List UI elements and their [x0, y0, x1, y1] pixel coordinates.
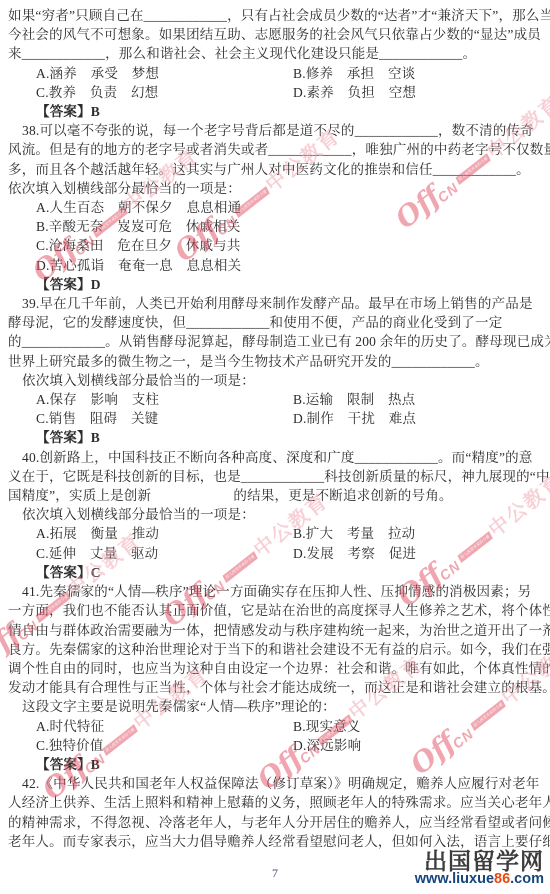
- text-line: 40.创新路上，中国科技正不断向各种高度、深度和广度____________。而…: [8, 448, 545, 467]
- text-line: 41.先秦儒家的“人情—秩序”理论一方面确实存在压抑人性、压抑情感的消极因素；另: [8, 582, 545, 601]
- question-42: 42.《中华人民共和国老年人权益保障法（修订草案）》明确规定，赡养人应履行对老年…: [8, 774, 545, 851]
- text-line: 的精神需求，不得忽视、冷落老年人，与老年人分开居住的赡养人，应当经常看望或者问候: [8, 813, 545, 832]
- option-b: B.运输 限制 热点: [293, 390, 415, 409]
- option-a: A.人生百态 朝不保夕 息息相通: [8, 198, 545, 217]
- text-line: 今社会的风气不可想象。如果团结互助、志愿服务的社会风气只依靠占少数的“显达”成员: [8, 25, 545, 44]
- option-d: D.素养 负担 空想: [293, 83, 416, 102]
- text-line: 义在于，它既是科技创新的目标，也是____________科技创新质量的标尺，神…: [8, 467, 545, 486]
- text-line: 39.早在几千年前，人类已开始利用酵母来制作发酵产品。最早在市场上销售的产品是: [8, 294, 545, 313]
- options-row: C.独特价值 D.深远影响: [8, 736, 545, 755]
- option-a: A.涵养 承受 梦想: [36, 64, 293, 83]
- text-line: 人经济上供养、生活上照料和精神上慰藉的义务，照顾老年人的特殊需求。应当关心老年人: [8, 793, 545, 812]
- text-line: 如果“穷者”只顾自己在____________，只有占社会成员少数的“达者”才“…: [8, 6, 545, 25]
- answer-label: 【答案】D: [8, 275, 545, 294]
- option-a: A.保存 影响 支柱: [36, 390, 293, 409]
- question-prompt: 依次填入划横线部分最恰当的一项是：: [8, 179, 545, 198]
- question-prompt: 依次填入划横线部分最恰当的一项是：: [8, 371, 545, 390]
- answer-label: 【答案】B: [8, 755, 545, 774]
- text-line: 世界上研究最多的微生物之一，是当今生物技术产品研究开发的____________…: [8, 352, 545, 371]
- option-c: C.销售 阻碍 关键: [36, 409, 293, 428]
- site-url-prefix: www.liuxue: [415, 871, 494, 887]
- question-40: 40.创新路上，中国科技正不断向各种高度、深度和广度____________。而…: [8, 448, 545, 582]
- text-line: 酵母泥，它的发酵速度快，但____________和使用不便，产品的商业化受到了…: [8, 313, 545, 332]
- option-d: D.苦心孤诣 奄奄一息 息息相关: [8, 256, 545, 275]
- option-d: D.制作 干扰 难点: [293, 409, 416, 428]
- intro-question: 如果“穷者”只顾自己在____________，只有占社会成员少数的“达者”才“…: [8, 6, 545, 121]
- text-line: 的____________。从销售酵母泥算起，酵母制造工业已有 200 余年的历…: [8, 332, 545, 351]
- text-line: 来____________，那么和谐社会、社会主义现代化建设只能是_______…: [8, 44, 545, 63]
- question-38: 38.可以毫不夸张的说，每一个老字号背后都是道不尽的____________，数…: [8, 121, 545, 294]
- options-row: C.销售 阻碍 关键 D.制作 干扰 难点: [8, 409, 545, 428]
- question-prompt: 依次填入划横线部分最恰当的一项是：: [8, 505, 545, 524]
- site-footer: 出国留学网 www.liuxue86.com: [415, 849, 544, 886]
- option-c: C.独特价值: [36, 736, 293, 755]
- site-url: www.liuxue86.com: [415, 873, 544, 886]
- site-url-suffix: .com: [510, 871, 544, 887]
- option-b: B.扩大 考量 拉动: [293, 524, 415, 543]
- option-a: A.时代特征: [36, 717, 293, 736]
- option-d: D.发展 考察 促进: [293, 544, 416, 563]
- text-line: 多，而且各个越活越年轻。这其实与广州人对中医药文化的推崇和信任_________…: [8, 160, 545, 179]
- text-line: 一方面，我们也不能否认其正面价值，它是站在治世的高度探寻人生修养之艺术，将个体性: [8, 601, 545, 620]
- option-b: B.辛酸无奈 岌岌可危 休戚相关: [8, 217, 545, 236]
- text-line: 发动才能具有合理性与正当性，个体与社会才能达成统一，而这正是和谐社会建立的根基。: [8, 678, 545, 697]
- site-url-number: 86: [494, 871, 510, 887]
- text-line: 风流。但是有的地方的老字号或者消失或者____________，唯独广州的中药老…: [8, 140, 545, 159]
- answer-label: 【答案】C: [8, 563, 545, 582]
- option-c: C.延伸 丈量 驱动: [36, 544, 293, 563]
- question-41: 41.先秦儒家的“人情—秩序”理论一方面确实存在压抑人性、压抑情感的消极因素；另…: [8, 582, 545, 774]
- option-d: D.深远影响: [293, 736, 361, 755]
- exam-page: 如果“穷者”只顾自己在____________，只有占社会成员少数的“达者”才“…: [8, 6, 545, 851]
- text-line: 国精度”，实质上是创新 的结果，更是不断追求创新的号角。: [8, 486, 545, 505]
- site-name: 出国留学网: [415, 849, 544, 873]
- text-line: 42.《中华人民共和国老年人权益保障法（修订草案）》明确规定，赡养人应履行对老年: [8, 774, 545, 793]
- text-line: 良方。先秦儒家的这种治世理论对于当下的和谐社会建设不无有益的启示。如今，我们在强: [8, 640, 545, 659]
- answer-label: 【答案】B: [8, 102, 545, 121]
- question-39: 39.早在几千年前，人类已开始利用酵母来制作发酵产品。最早在市场上销售的产品是 …: [8, 294, 545, 448]
- text-line: 情自由与群体政治需要融为一体，把情感发动与秩序建构统一起来，为治世之道开出了一剂: [8, 621, 545, 640]
- text-line: 38.可以毫不夸张的说，每一个老字号背后都是道不尽的____________，数…: [8, 121, 545, 140]
- options-row: C.教养 负责 幻想 D.素养 负担 空想: [8, 83, 545, 102]
- option-c: C.教养 负责 幻想: [36, 83, 293, 102]
- text-line: 调个性自由的同时，也应当为这种自由设定一个边界：社会和谐。唯有如此，个体真性情的: [8, 659, 545, 678]
- option-b: B.现实意义: [293, 717, 361, 736]
- options-row: A.时代特征 B.现实意义: [8, 717, 545, 736]
- option-c: C.沧海桑田 危在旦夕 休戚与共: [8, 236, 545, 255]
- answer-label: 【答案】B: [8, 428, 545, 447]
- options-row: C.延伸 丈量 驱动 D.发展 考察 促进: [8, 544, 545, 563]
- options-row: A.涵养 承受 梦想 B.修养 承担 空谈: [8, 64, 545, 83]
- options-row: A.拓展 衡量 推动 B.扩大 考量 拉动: [8, 524, 545, 543]
- option-b: B.修养 承担 空谈: [293, 64, 415, 83]
- options-row: A.保存 影响 支柱 B.运输 限制 热点: [8, 390, 545, 409]
- question-prompt: 这段文字主要是说明先秦儒家“人情—秩序”理论的：: [8, 697, 545, 716]
- option-a: A.拓展 衡量 推动: [36, 524, 293, 543]
